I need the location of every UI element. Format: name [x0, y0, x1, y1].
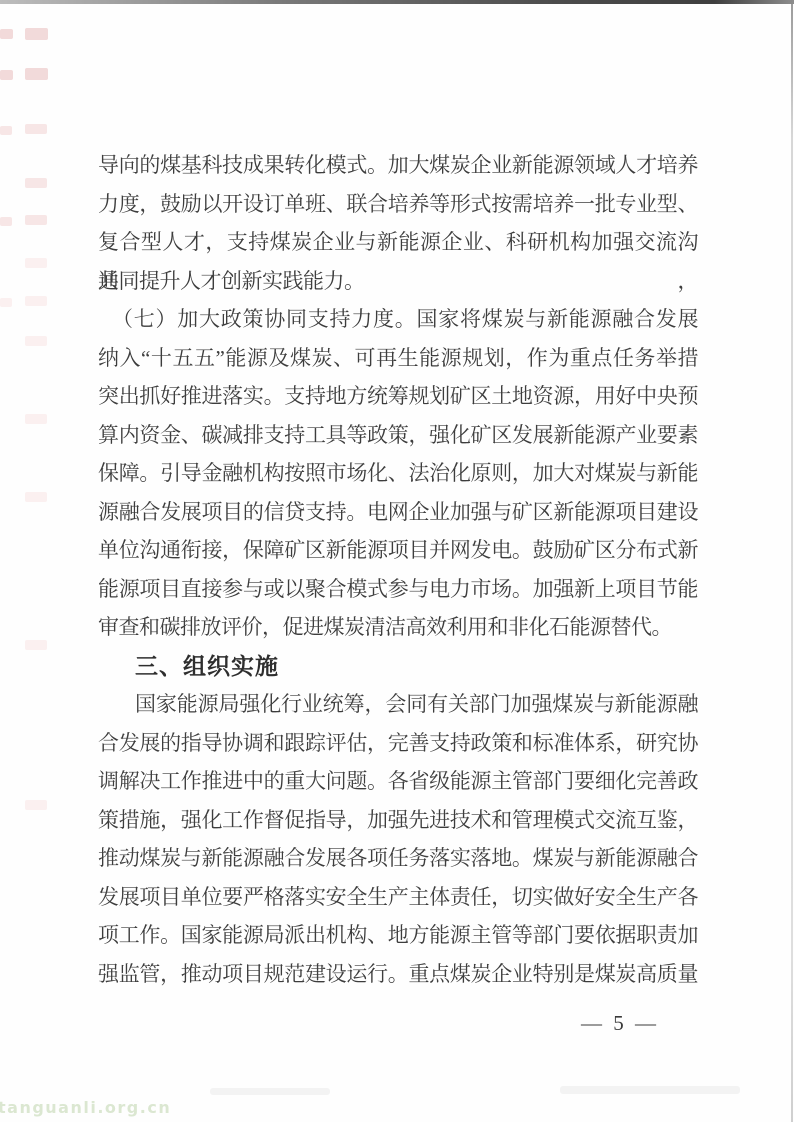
body-line: 源融合发展项目的信贷支持。电网企业加强与矿区新能源项目建设	[98, 493, 698, 532]
body-line: 力度，鼓励以开设订单班、联合培养等形式按需培养一批专业型、	[98, 185, 698, 224]
section-heading: 三、组织实施	[98, 647, 698, 686]
body-line: 项工作。国家能源局派出机构、地方能源主管等部门要依据职责加	[98, 916, 698, 955]
body-line: 发展项目单位要严格落实安全生产主体责任，切实做好安全生产各	[98, 878, 698, 917]
paragraph: 国家能源局强化行业统筹，会同有关部门加强煤炭与新能源融 合发展的指导协调和跟踪评…	[98, 685, 698, 993]
page-number: — 5 —	[581, 1011, 659, 1036]
watermark: tanguanli.org.cn	[0, 1098, 171, 1117]
body-line: 突出抓好推进落实。支持地方统筹规划矿区土地资源，用好中央预	[98, 377, 698, 416]
body-line: 合发展的指导协调和跟踪评估，完善支持政策和标准体系，研究协	[98, 724, 698, 763]
scan-smudge	[210, 1088, 330, 1095]
body-line: 推动煤炭与新能源融合发展各项任务落实落地。煤炭与新能源融合	[98, 839, 698, 878]
body-line: 导向的煤基科技成果转化模式。加大煤炭企业新能源领域人才培养	[98, 146, 698, 185]
scan-bleed-mark	[25, 178, 47, 188]
scan-bleed-mark	[25, 800, 47, 810]
scan-bleed-mark	[0, 126, 12, 135]
scan-bleed-mark	[25, 640, 47, 650]
scan-bleed-mark	[0, 29, 13, 39]
scan-bleed-mark	[25, 258, 47, 268]
body-line: 调解决工作推进中的重大问题。各省级能源主管部门要细化完善政	[98, 762, 698, 801]
scan-bleed-mark	[25, 124, 47, 134]
document-body: 导向的煤基科技成果转化模式。加大煤炭企业新能源领域人才培养 力度，鼓励以开设订单…	[98, 146, 698, 993]
body-line: 强监管，推动项目规范建设运行。重点煤炭企业特别是煤炭高质量	[98, 955, 698, 994]
body-line: 审查和碳排放评价，促进煤炭清洁高效利用和非化石能源替代。	[98, 608, 698, 647]
body-line: 算内资金、碳减排支持工具等政策，强化矿区发展新能源产业要素	[98, 416, 698, 455]
body-line: 策措施，强化工作督促指导，加强先进技术和管理模式交流互鉴，	[98, 801, 698, 840]
scan-right-edge	[791, 4, 793, 1122]
body-line: 单位沟通衔接，保障矿区新能源项目并网发电。鼓励矿区分布式新	[98, 531, 698, 570]
body-line: 保障。引导金融机构按照市场化、法治化原则，加大对煤炭与新能	[98, 454, 698, 493]
scan-top-edge	[0, 0, 794, 4]
scan-smudge	[560, 1086, 740, 1094]
scan-bleed-mark	[25, 68, 48, 80]
scan-bleed-mark	[0, 298, 12, 307]
scan-bleed-mark	[25, 492, 47, 502]
document-page: 导向的煤基科技成果转化模式。加大煤炭企业新能源领域人才培养 力度，鼓励以开设订单…	[0, 0, 794, 1122]
scan-bleed-mark	[25, 336, 47, 346]
paragraph: 导向的煤基科技成果转化模式。加大煤炭企业新能源领域人才培养 力度，鼓励以开设订单…	[98, 146, 698, 300]
scan-bleed-mark	[25, 28, 48, 40]
scan-bleed-mark	[0, 217, 12, 226]
scan-bleed-mark	[25, 296, 47, 306]
body-line: 纳入“十五五”能源及煤炭、可再生能源规划，作为重点任务举措	[98, 339, 698, 378]
body-line: 国家能源局强化行业统筹，会同有关部门加强煤炭与新能源融	[98, 685, 698, 724]
body-line: 复合型人才，支持煤炭企业与新能源企业、科研机构加强交流沟通，	[98, 223, 698, 262]
body-line: （七）加大政策协同支持力度。国家将煤炭与新能源融合发展	[98, 300, 698, 339]
body-line: 能源项目直接参与或以聚合模式参与电力市场。加强新上项目节能	[98, 570, 698, 609]
scan-bleed-mark	[25, 414, 47, 424]
scan-bleed-mark	[0, 70, 13, 80]
paragraph: （七）加大政策协同支持力度。国家将煤炭与新能源融合发展 纳入“十五五”能源及煤炭…	[98, 300, 698, 647]
scan-bleed-mark	[25, 215, 47, 225]
